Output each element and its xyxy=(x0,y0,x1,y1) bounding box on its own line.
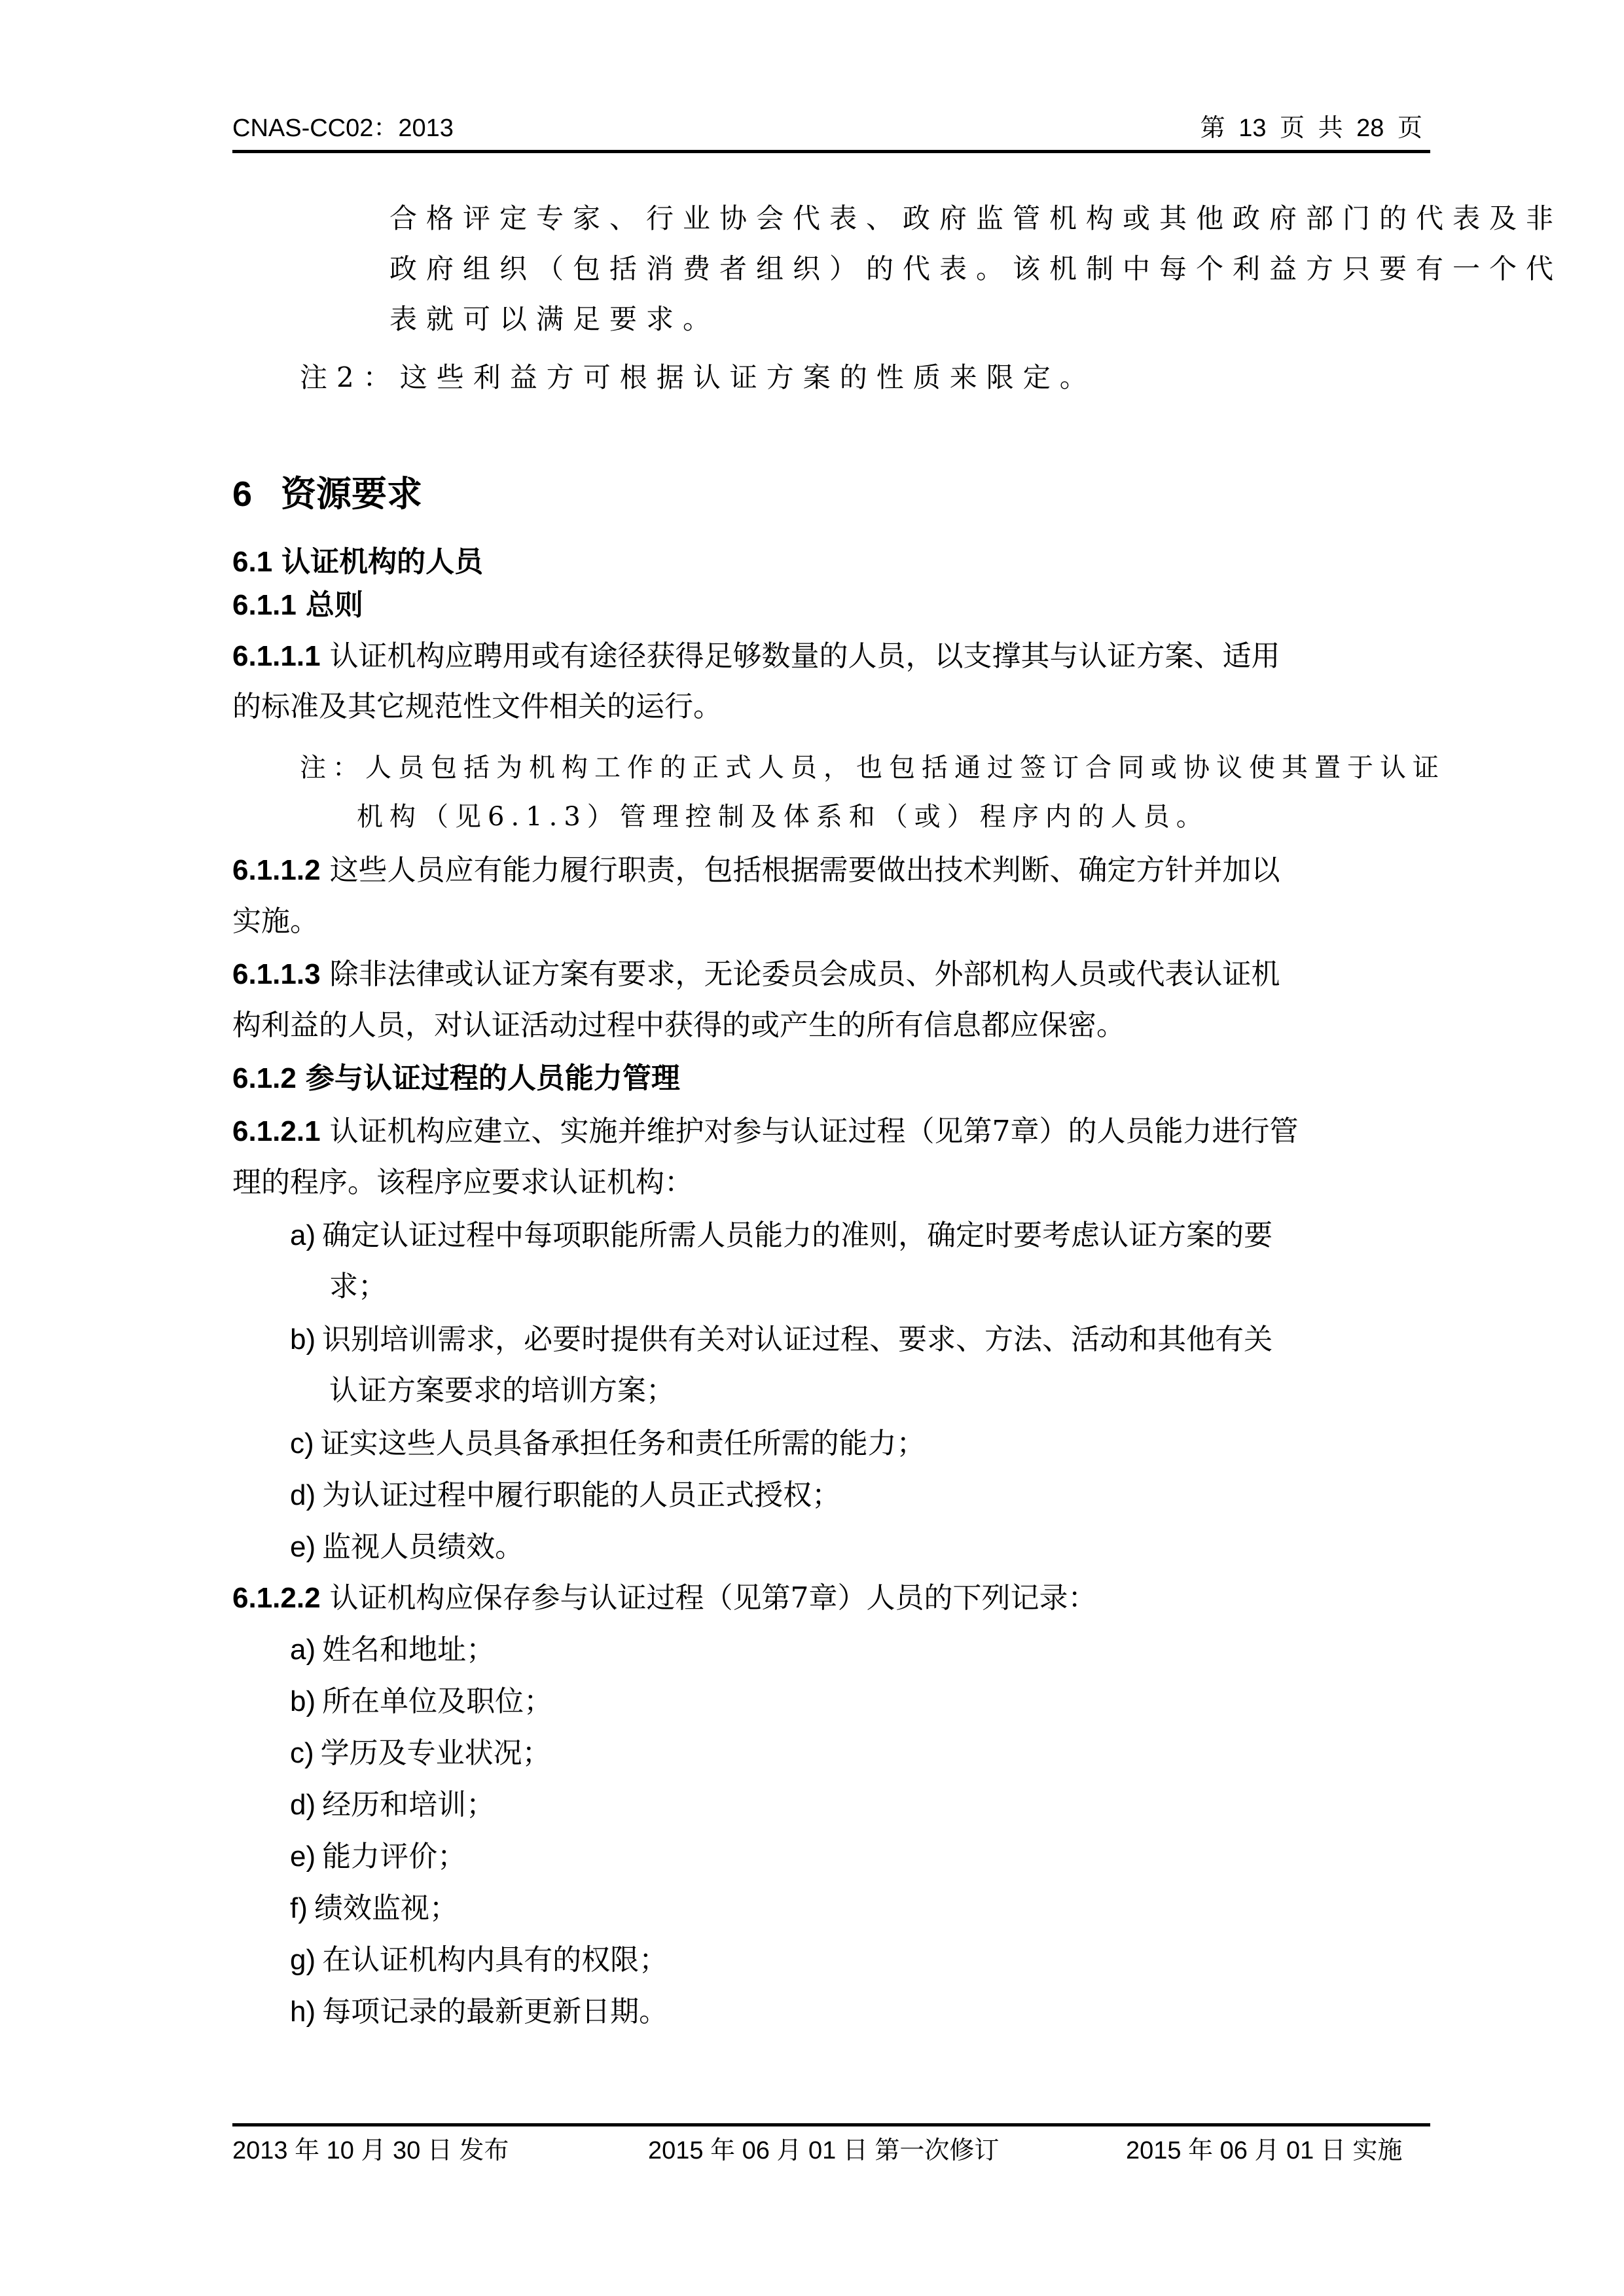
list-item-text: 学历及专业状况； xyxy=(321,1736,551,1770)
page-number: 第 13 页 共 28 页 xyxy=(1200,113,1422,144)
list-marker: b) xyxy=(290,1685,316,1717)
section-title: 认证机构的人员 xyxy=(281,545,483,579)
clause-continuation: 理的程序。该程序应要求认证机构： xyxy=(232,1163,693,1202)
list-item: d)经历和培训； xyxy=(290,1785,495,1825)
clause-text: 认证机构应建立、实施并维护对参与认证过程（见第7章）的人员能力进行管 xyxy=(330,1115,1299,1148)
list-item: a)确定认证过程中每项职能所需人员能力的准则，确定时要考虑认证方案的要 xyxy=(290,1216,1272,1255)
revision-date: 2015 年 06 月 01 日 第一次修订 xyxy=(648,2135,999,2166)
clause-number: 6.1.2.1 xyxy=(232,1115,321,1147)
continuation-line: 表就可以满足要求。 xyxy=(389,300,719,339)
clause-6-1-1-3: 6.1.1.3除非法律或认证方案有要求，无论委员会成员、外部机构人员或代表认证机 xyxy=(232,955,1280,994)
document-code: CNAS-CC02：2013 xyxy=(232,113,454,144)
clause-continuation: 构利益的人员，对认证活动过程中获得的或产生的所有信息都应保密。 xyxy=(232,1006,1125,1045)
list-item: e)能力评价； xyxy=(290,1837,466,1876)
section-heading-6-1: 6.1认证机构的人员 xyxy=(232,543,483,581)
list-item-continuation: 认证方案要求的培训方案； xyxy=(329,1371,675,1410)
clause-number: 6.1.1.1 xyxy=(232,640,321,672)
list-item-text: 在认证机构内具有的权限； xyxy=(322,1943,668,1977)
section-title: 参与认证过程的人员能力管理 xyxy=(306,1062,680,1095)
list-marker: d) xyxy=(290,1789,316,1821)
issue-date: 2013 年 10 月 30 日 发布 xyxy=(232,2135,509,2166)
note-2: 注2：这些利益方可根据认证方案的性质来限定。 xyxy=(300,358,1096,397)
list-item-text: 姓名和地址； xyxy=(322,1633,495,1666)
list-item-text: 绩效监视； xyxy=(314,1892,458,1925)
list-item: c)学历及专业状况； xyxy=(290,1734,551,1773)
effective-date: 2015 年 06 月 01 日 实施 xyxy=(1126,2135,1402,2166)
list-item: f)绩效监视； xyxy=(290,1889,458,1928)
clause-number: 6.1.1.3 xyxy=(232,958,321,990)
continuation-line: 政府组织（包括消费者组织）的代表。该机制中每个利益方只要有一个代 xyxy=(389,249,1562,289)
list-item: h)每项记录的最新更新日期。 xyxy=(290,1992,668,2032)
note-continuation: 机构（见6.1.3）管理控制及体系和（或）程序内的人员。 xyxy=(357,797,1209,836)
list-item-text: 为认证过程中履行职能的人员正式授权； xyxy=(322,1479,840,1512)
clause-number: 6.1.1.2 xyxy=(232,854,321,886)
clause-text: 认证机构应聘用或有途径获得足够数量的人员，以支撑其与认证方案、适用 xyxy=(330,639,1280,673)
clause-6-1-1-1: 6.1.1.1认证机构应聘用或有途径获得足够数量的人员，以支撑其与认证方案、适用 xyxy=(232,637,1280,676)
section-number: 6.1 xyxy=(232,546,272,578)
clause-number: 6.1.2.2 xyxy=(232,1582,321,1614)
list-item-text: 每项记录的最新更新日期。 xyxy=(322,1995,668,2028)
section-title: 总则 xyxy=(306,588,363,622)
section-number: 6.1.2 xyxy=(232,1062,297,1094)
header-rule xyxy=(232,150,1430,153)
list-item: d)为认证过程中履行职能的人员正式授权； xyxy=(290,1476,840,1515)
list-item-text: 经历和培训； xyxy=(322,1788,495,1821)
list-marker: c) xyxy=(290,1427,314,1460)
clause-text: 认证机构应保存参与认证过程（见第7章）人员的下列记录： xyxy=(330,1581,1097,1615)
list-item: a)姓名和地址； xyxy=(290,1630,495,1670)
note: 注：人员包括为机构工作的正式人员，也包括通过签订合同或协议使其置于认证 xyxy=(300,748,1445,787)
list-marker: a) xyxy=(290,1219,316,1251)
section-heading-6-1-2: 6.1.2参与认证过程的人员能力管理 xyxy=(232,1060,680,1098)
list-marker: e) xyxy=(290,1531,316,1563)
section-title: 资源要求 xyxy=(281,473,422,514)
list-item-text: 确定认证过程中每项职能所需人员能力的准则，确定时要考虑认证方案的要 xyxy=(322,1219,1272,1252)
list-item: c)证实这些人员具备承担任务和责任所需的能力； xyxy=(290,1424,926,1463)
clause-continuation: 实施。 xyxy=(232,902,319,941)
list-marker: a) xyxy=(290,1634,316,1666)
list-marker: g) xyxy=(290,1944,316,1976)
clause-continuation: 的标准及其它规范性文件相关的运行。 xyxy=(232,687,722,726)
list-item-continuation: 求； xyxy=(329,1267,387,1306)
list-marker: e) xyxy=(290,1840,316,1873)
section-heading-6: 6资源要求 xyxy=(232,473,422,516)
list-item: b)所在单位及职位； xyxy=(290,1682,552,1721)
list-marker: f) xyxy=(290,1892,308,1924)
list-item-text: 能力评价； xyxy=(322,1840,466,1873)
list-item-text: 监视人员绩效。 xyxy=(322,1530,524,1564)
list-marker: h) xyxy=(290,1996,316,2028)
list-item-text: 识别培训需求，必要时提供有关对认证过程、要求、方法、活动和其他有关 xyxy=(322,1323,1272,1356)
clause-text: 除非法律或认证方案有要求，无论委员会成员、外部机构人员或代表认证机 xyxy=(330,958,1280,991)
list-item: e)监视人员绩效。 xyxy=(290,1528,524,1567)
list-marker: b) xyxy=(290,1323,316,1355)
list-item-text: 证实这些人员具备承担任务和责任所需的能力； xyxy=(321,1427,926,1460)
clause-6-1-2-1: 6.1.2.1认证机构应建立、实施并维护对参与认证过程（见第7章）的人员能力进行… xyxy=(232,1112,1299,1151)
clause-6-1-1-2: 6.1.1.2这些人员应有能力履行职责，包括根据需要做出技术判断、确定方针并加以 xyxy=(232,851,1280,890)
clause-text: 这些人员应有能力履行职责，包括根据需要做出技术判断、确定方针并加以 xyxy=(330,853,1280,887)
list-marker: d) xyxy=(290,1479,316,1511)
list-item: b)识别培训需求，必要时提供有关对认证过程、要求、方法、活动和其他有关 xyxy=(290,1320,1272,1359)
footer-rule xyxy=(232,2123,1430,2126)
clause-6-1-2-2: 6.1.2.2认证机构应保存参与认证过程（见第7章）人员的下列记录： xyxy=(232,1579,1097,1618)
section-number: 6 xyxy=(232,475,252,514)
document-page: CNAS-CC02：2013 第 13 页 共 28 页 合格评定专家、行业协会… xyxy=(0,0,1624,2296)
section-number: 6.1.1 xyxy=(232,589,297,621)
section-heading-6-1-1: 6.1.1总则 xyxy=(232,586,363,624)
list-item: g)在认证机构内具有的权限； xyxy=(290,1941,668,1980)
list-marker: c) xyxy=(290,1737,314,1769)
list-item-text: 所在单位及职位； xyxy=(322,1685,552,1718)
continuation-line: 合格评定专家、行业协会代表、政府监管机构或其他政府部门的代表及非 xyxy=(389,199,1562,238)
